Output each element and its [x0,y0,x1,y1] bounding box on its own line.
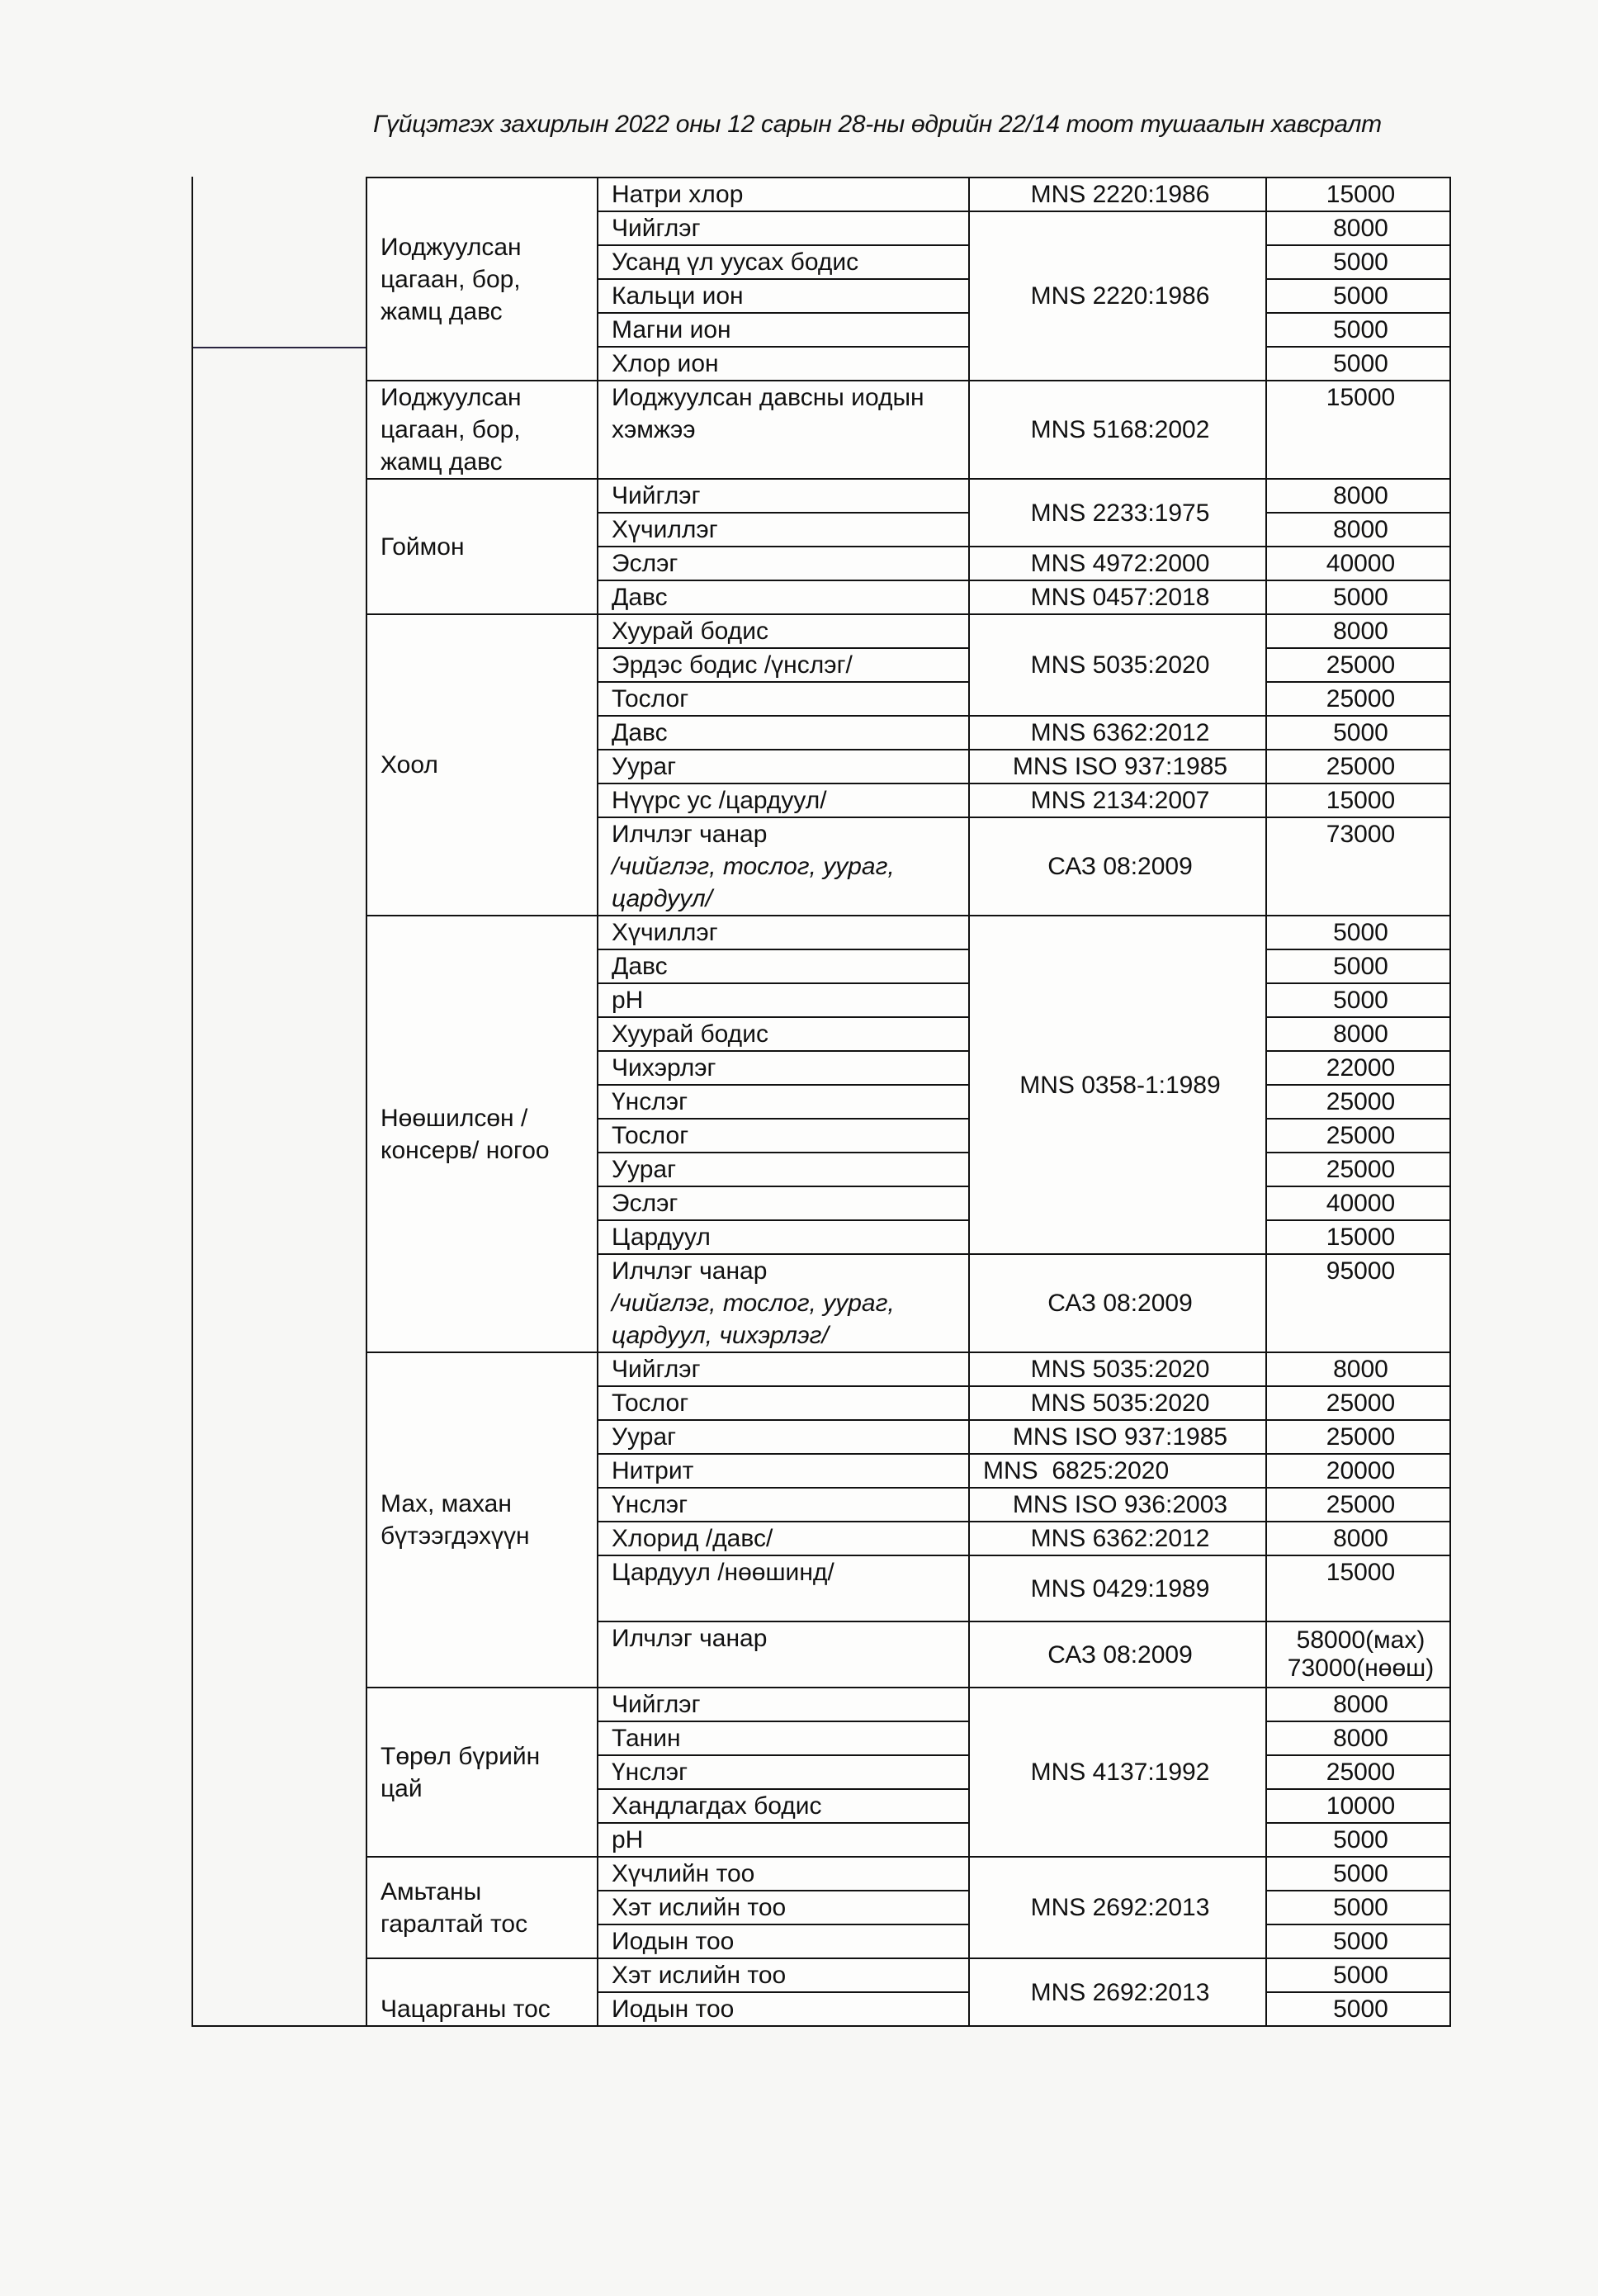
indicator: Иоджуулсан давсны иодын хэмжээ [598,381,969,479]
indicator: Хуурай бодис [598,1017,969,1051]
standard: MNS 4137:1992 [969,1688,1266,1857]
price: 5000 [1266,1958,1450,1992]
indicator: Уураг [598,1153,969,1186]
standard: MNS 2134:2007 [969,783,1266,817]
price: 5000 [1266,313,1450,347]
page-header: Гүйцэтгэх захирлын 2022 оны 12 сарын 28-… [373,111,1471,139]
table-row: Иоджуулсан цагаан, бор, жамц давс Натри … [366,178,1450,211]
price: 25000 [1266,1488,1450,1522]
price: 5000 [1266,983,1450,1017]
price: 25000 [1266,1153,1450,1186]
price: 25000 [1266,750,1450,783]
table-row: Иоджуулсан цагаан, бор, жамц давс Иоджуу… [366,381,1450,479]
indicator: Хүчлийн тоо [598,1857,969,1891]
indicator: Давс [598,716,969,750]
price: 40000 [1266,1186,1450,1220]
standard: MNS ISO 937:1985 [969,1420,1266,1454]
price: 5000 [1266,1823,1450,1857]
indicator: Хэт ислийн тоо [598,1891,969,1924]
product-name: Гоймон [366,479,598,614]
indicator: Тослог [598,1386,969,1420]
standard: MNS 5035:2020 [969,1352,1266,1386]
product-name: Мах, махан бүтээгдэхүүн [366,1352,598,1688]
standard: MNS 0457:2018 [969,580,1266,614]
table-row: Амьтаны гаралтай тос Хүчлийн тоо MNS 269… [366,1857,1450,1891]
indicator: Чихэрлэг [598,1051,969,1085]
indicator: Иодын тоо [598,1924,969,1958]
indicator: Үнслэг [598,1488,969,1522]
indicator: Хлорид /давс/ [598,1522,969,1555]
indicator: Нитрит [598,1454,969,1488]
price: 73000 [1266,817,1450,916]
standard: САЗ 08:2009 [969,817,1266,916]
indicator: Кальци ион [598,279,969,313]
product-name: Хоол [366,614,598,916]
price: 5000 [1266,1857,1450,1891]
standard: САЗ 08:2009 [969,1621,1266,1688]
indicator: Уураг [598,750,969,783]
product-name: Чацарганы тос [366,1958,598,2026]
standard: MNS 2692:2013 [969,1857,1266,1958]
indicator-note: /чийглэг, тослог, уураг, цардуул, чихэрл… [612,1290,895,1349]
indicator-note: /чийглэг, тослог, уураг, цардуул/ [612,853,895,912]
indicator: Чийглэг [598,1688,969,1721]
price: 25000 [1266,1085,1450,1119]
price: 95000 [1266,1254,1450,1352]
price: 5000 [1266,949,1450,983]
price: 15000 [1266,1555,1450,1621]
price-cell: 58000(мах) 73000(нөөш) [1266,1621,1450,1688]
standard: MNS 5035:2020 [969,1386,1266,1420]
indicator: Хуурай бодис [598,614,969,648]
price: 5000 [1266,347,1450,381]
price: 25000 [1266,648,1450,682]
standard: MNS 2692:2013 [969,1958,1266,2026]
product-name: Төрөл бүрийн цай [366,1688,598,1857]
standard: MNS ISO 937:1985 [969,750,1266,783]
price: 5000 [1266,1891,1450,1924]
indicator: Хүчиллэг [598,916,969,949]
table-row: Гоймон Чийглэг MNS 2233:1975 8000 [366,479,1450,513]
standard: MNS 2220:1986 [969,178,1266,211]
indicator: Хлор ион [598,347,969,381]
indicator: Иодын тоо [598,1992,969,2026]
price: 25000 [1266,1119,1450,1153]
standard: MNS 6825:2020 [969,1454,1266,1488]
price: 15000 [1266,783,1450,817]
price: 25000 [1266,682,1450,716]
indicator: Цардуул [598,1220,969,1254]
indicator-cell: Илчлэг чанар /чийглэг, тослог, уураг, ца… [598,1254,969,1352]
indicator: Нүүрс ус /цардуул/ [598,783,969,817]
indicator: Хүчиллэг [598,513,969,547]
standard: MNS 5035:2020 [969,614,1266,716]
price-secondary: 73000(нөөш) [1280,1655,1441,1683]
price: 8000 [1266,479,1450,513]
price: 20000 [1266,1454,1450,1488]
indicator: Танин [598,1721,969,1755]
table-row: Мах, махан бүтээгдэхүүн Чийглэг MNS 5035… [366,1352,1450,1386]
indicator: Тослог [598,1119,969,1153]
price: 22000 [1266,1051,1450,1085]
price: 8000 [1266,614,1450,648]
standard: САЗ 08:2009 [969,1254,1266,1352]
standard: MNS 2220:1986 [969,211,1266,381]
indicator: Эрдэс бодис /үнслэг/ [598,648,969,682]
price: 10000 [1266,1789,1450,1823]
product-name: Амьтаны гаралтай тос [366,1857,598,1958]
lab-price-table: Иоджуулсан цагаан, бор, жамц давс Натри … [366,177,1451,2027]
indicator: Эслэг [598,1186,969,1220]
indicator: Эслэг [598,547,969,580]
indicator: Уураг [598,1420,969,1454]
category-column [191,177,367,2027]
price: 15000 [1266,178,1450,211]
indicator: Тослог [598,682,969,716]
price: 40000 [1266,547,1450,580]
table-row: Хоол Хуурай бодис MNS 5035:2020 8000 [366,614,1450,648]
price: 25000 [1266,1420,1450,1454]
price: 5000 [1266,1992,1450,2026]
price: 5000 [1266,916,1450,949]
price: 15000 [1266,381,1450,479]
standard: MNS 2233:1975 [969,479,1266,547]
indicator: Үнслэг [598,1755,969,1789]
table-row: Нөөшилсөн /консерв/ ногоо Хүчиллэг MNS 0… [366,916,1450,949]
standard: MNS 0429:1989 [969,1555,1266,1621]
indicator: Натри хлор [598,178,969,211]
price: 8000 [1266,1522,1450,1555]
standard: MNS 0358-1:1989 [969,916,1266,1254]
indicator: pH [598,983,969,1017]
price: 5000 [1266,1924,1450,1958]
table-row: Чацарганы тос Хэт ислийн тоо MNS 2692:20… [366,1958,1450,1992]
product-name: Иоджуулсан цагаан, бор, жамц давс [366,178,598,381]
price: 5000 [1266,279,1450,313]
price: 25000 [1266,1755,1450,1789]
product-name: Иоджуулсан цагаан, бор, жамц давс [366,381,598,479]
table-row: Төрөл бүрийн цай Чийглэг MNS 4137:1992 8… [366,1688,1450,1721]
category-divider [193,347,367,348]
price: 8000 [1266,1721,1450,1755]
indicator: Цардуул /нөөшинд/ [598,1555,969,1621]
indicator: Магни ион [598,313,969,347]
indicator: Чийглэг [598,479,969,513]
standard: MNS ISO 936:2003 [969,1488,1266,1522]
standard: MNS 4972:2000 [969,547,1266,580]
indicator: Давс [598,580,969,614]
indicator: Үнслэг [598,1085,969,1119]
price: 58000(мах) [1280,1626,1441,1655]
indicator: Давс [598,949,969,983]
price: 5000 [1266,245,1450,279]
indicator: Чийглэг [598,1352,969,1386]
standard: MNS 5168:2002 [969,381,1266,479]
indicator: Илчлэг чанар [612,1255,960,1287]
indicator: Хандлагдах бодис [598,1789,969,1823]
indicator: Чийглэг [598,211,969,245]
standard: MNS 6362:2012 [969,1522,1266,1555]
standard: MNS 6362:2012 [969,716,1266,750]
price: 5000 [1266,716,1450,750]
price: 8000 [1266,211,1450,245]
price: 8000 [1266,1688,1450,1721]
price: 5000 [1266,580,1450,614]
indicator: pH [598,1823,969,1857]
product-name: Нөөшилсөн /консерв/ ногоо [366,916,598,1352]
price: 25000 [1266,1386,1450,1420]
price: 15000 [1266,1220,1450,1254]
price: 8000 [1266,1017,1450,1051]
indicator: Хэт ислийн тоо [598,1958,969,1992]
indicator: Илчлэг чанар [598,1621,969,1688]
price: 8000 [1266,1352,1450,1386]
price: 8000 [1266,513,1450,547]
indicator-cell: Илчлэг чанар /чийглэг, тослог, уураг, ца… [598,817,969,916]
indicator: Усанд үл уусах бодис [598,245,969,279]
indicator: Илчлэг чанар [612,818,960,850]
